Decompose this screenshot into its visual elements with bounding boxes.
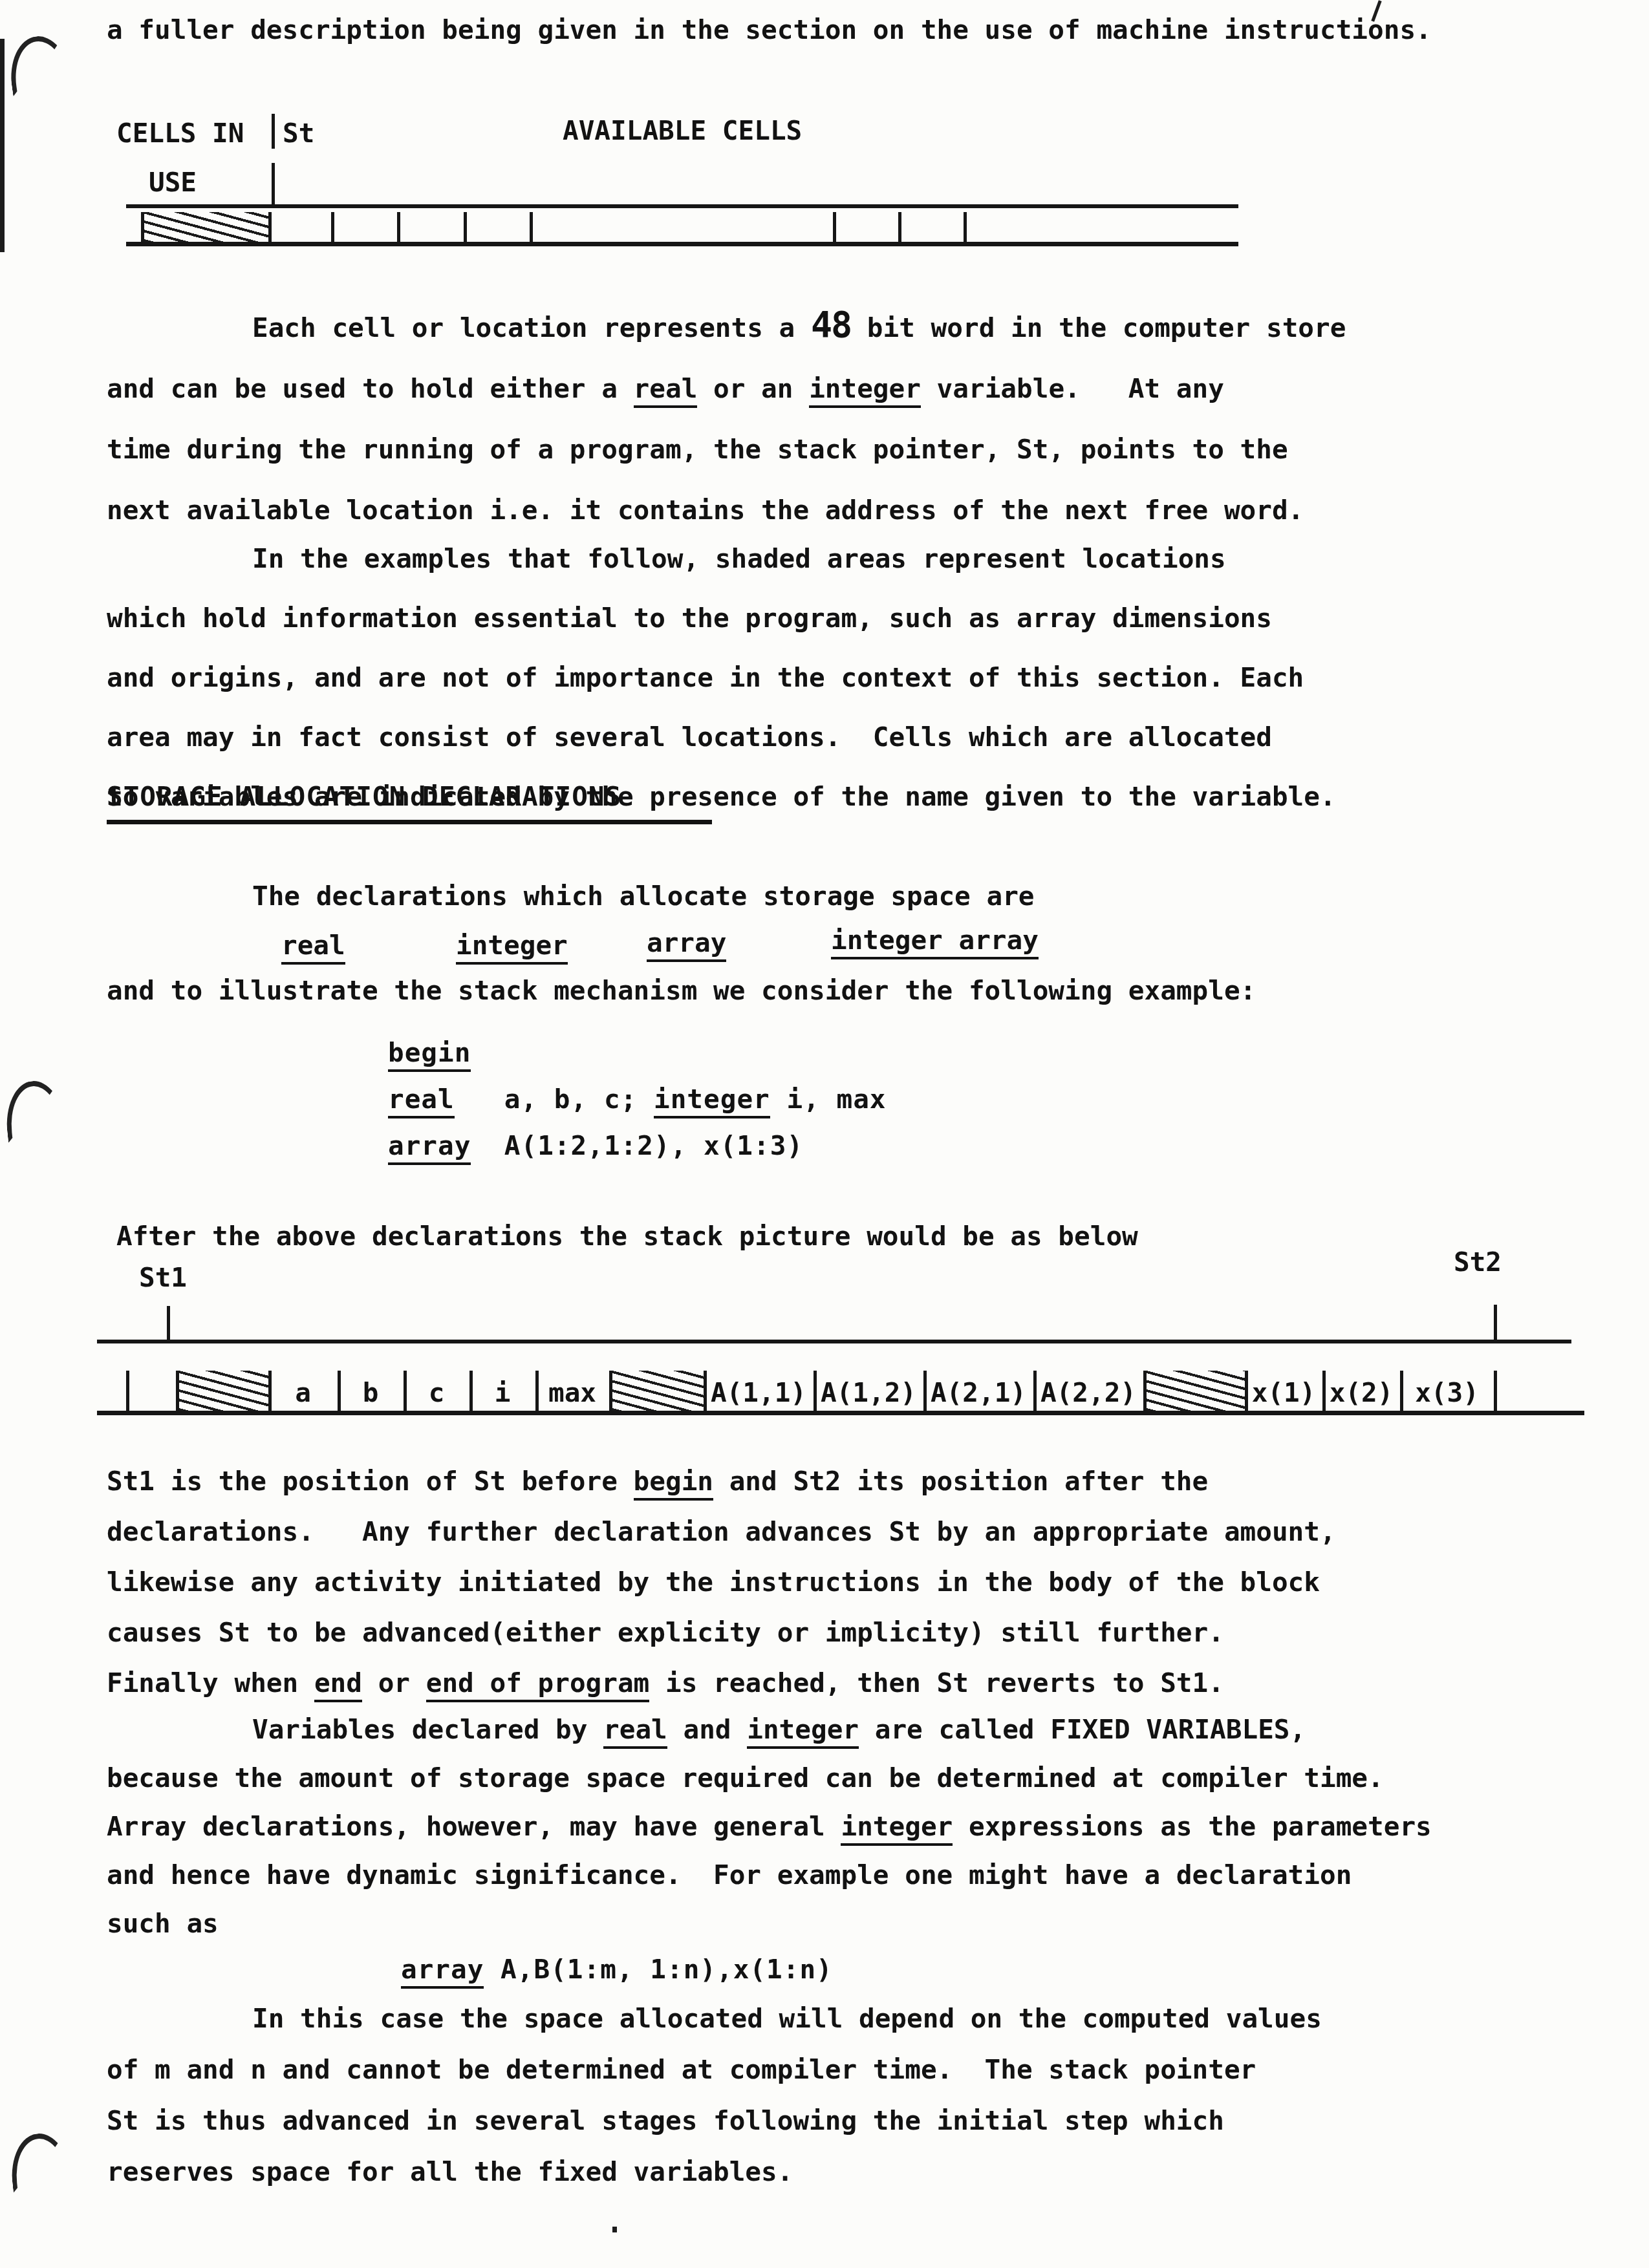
label-use: USE bbox=[149, 167, 197, 198]
cell-label: b bbox=[341, 1377, 400, 1408]
text-line: begin bbox=[388, 1029, 887, 1076]
scanned-document-page: a fuller description being given in the … bbox=[0, 0, 1649, 2268]
underlined-keyword: end bbox=[314, 1667, 362, 1702]
intro-line: a fuller description being given in the … bbox=[107, 14, 1432, 45]
text-segment: next available location i.e. it contains… bbox=[107, 495, 1304, 526]
text-line: which hold information essential to the … bbox=[107, 588, 1336, 648]
keyword-real: real bbox=[281, 930, 345, 965]
scan-arc-mark bbox=[8, 2130, 73, 2192]
text-line: real a, b, c; integer i, max bbox=[388, 1076, 887, 1122]
text-segment: which hold information essential to the … bbox=[107, 603, 1272, 634]
text-line: array A,B(1:m, 1:n),x(1:n) bbox=[401, 1946, 833, 1993]
declarations-follow: and to illustrate the stack mechanism we… bbox=[107, 975, 1256, 1006]
text-line: reserves space for all the fixed variabl… bbox=[107, 2146, 1322, 2198]
text-line: declarations. Any further declaration ad… bbox=[107, 1506, 1336, 1557]
text-segment: Each cell or location represents a bbox=[252, 312, 811, 343]
text-segment: causes St to be advanced(either explicit… bbox=[107, 1617, 1224, 1648]
keyword-integer-array: integer array bbox=[831, 925, 1039, 959]
text-segment: In the examples that follow, shaded area… bbox=[252, 543, 1226, 574]
text-line: Variables declared by real and integer a… bbox=[107, 1706, 1432, 1754]
cell-boundary-tick bbox=[464, 212, 467, 242]
underlined-keyword: integer bbox=[747, 1714, 859, 1749]
paragraph: Each cell or location represents a 48 bi… bbox=[107, 294, 1346, 540]
underlined-keyword: integer bbox=[654, 1084, 770, 1118]
shaded-cell-area bbox=[1147, 1371, 1245, 1411]
cell-boundary-tick bbox=[397, 212, 400, 242]
scan-arc-mark bbox=[5, 32, 73, 96]
text-segment: A,B(1:m, 1:n),x(1:n) bbox=[484, 1954, 832, 1985]
paragraph: In this case the space allocated will de… bbox=[107, 1993, 1322, 2198]
text-line: such as bbox=[107, 1899, 1432, 1948]
paragraph: St1 is the position of St before begin a… bbox=[107, 1456, 1336, 1708]
cell-label: x(1) bbox=[1248, 1377, 1319, 1408]
st-pointer-tick bbox=[272, 163, 275, 204]
text-segment: Finally when bbox=[107, 1667, 314, 1698]
text-segment: likewise any activity initiated by the i… bbox=[107, 1567, 1320, 1598]
label-cells-in: CELLS IN bbox=[116, 118, 244, 149]
declarations-intro: The declarations which allocate storage … bbox=[252, 881, 1035, 912]
label-st2: St2 bbox=[1454, 1246, 1502, 1278]
text-segment: and hence have dynamic significance. For… bbox=[107, 1859, 1352, 1890]
underlined-keyword: begin bbox=[634, 1466, 713, 1501]
cell-boundary-tick bbox=[331, 212, 334, 242]
cell-label: x(2) bbox=[1326, 1377, 1397, 1408]
cell-label: A(2,2) bbox=[1037, 1377, 1140, 1408]
underlined-keyword: integer bbox=[809, 373, 921, 408]
underlined-keyword: real bbox=[634, 373, 698, 408]
scan-dot-mark bbox=[612, 2227, 617, 2232]
keyword-array: array bbox=[647, 927, 726, 962]
underlined-keyword: real bbox=[603, 1714, 667, 1749]
text-segment: and St2 its position after the bbox=[713, 1466, 1208, 1497]
diagram-rule-bottom bbox=[126, 242, 1238, 246]
stack-rule-bottom bbox=[97, 1411, 1584, 1415]
text-line: St is thus advanced in several stages fo… bbox=[107, 2095, 1322, 2146]
stack-cell-row: abcimaxA(1,1)A(1,2)A(2,1)A(2,2)x(1)x(2)x… bbox=[0, 1371, 1649, 1411]
text-segment: reserves space for all the fixed variabl… bbox=[107, 2156, 793, 2187]
code-example: beginreal a, b, c; integer i, maxarray A… bbox=[388, 1029, 887, 1169]
st-pointer-tick bbox=[272, 114, 275, 149]
text-segment: declarations. Any further declaration ad… bbox=[107, 1516, 1336, 1547]
text-segment: is reached, then St reverts to St1. bbox=[649, 1667, 1224, 1698]
cell-label: x(3) bbox=[1403, 1377, 1491, 1408]
cell-boundary-tick bbox=[964, 212, 967, 242]
underlined-keyword: begin bbox=[388, 1037, 471, 1072]
cell-label: a bbox=[272, 1377, 334, 1408]
text-line: Array declarations, however, may have ge… bbox=[107, 1803, 1432, 1851]
text-line: array A(1:2,1:2), x(1:3) bbox=[388, 1122, 887, 1169]
cell-boundary-tick bbox=[898, 212, 901, 242]
text-segment: because the amount of storage space requ… bbox=[107, 1762, 1384, 1793]
text-segment: St1 is the position of St before bbox=[107, 1466, 634, 1497]
text-segment: A(1:2,1:2), x(1:3) bbox=[471, 1130, 803, 1161]
text-line: and can be used to hold either a real or… bbox=[107, 358, 1346, 419]
label-st1: St1 bbox=[139, 1262, 187, 1293]
text-line: because the amount of storage space requ… bbox=[107, 1754, 1432, 1803]
text-segment: such as bbox=[107, 1908, 219, 1939]
text-segment: 48 bbox=[811, 304, 851, 345]
text-segment: or an bbox=[697, 373, 809, 404]
underlined-keyword: real bbox=[388, 1084, 455, 1118]
cell-boundary-tick bbox=[1494, 1371, 1497, 1411]
text-line: likewise any activity initiated by the i… bbox=[107, 1557, 1336, 1607]
shaded-cell-area bbox=[612, 1371, 704, 1411]
label-available-cells: AVAILABLE CELLS bbox=[563, 115, 802, 146]
after-declarations-line: After the above declarations the stack p… bbox=[116, 1221, 1138, 1252]
text-segment: Variables declared by bbox=[252, 1714, 603, 1745]
cell-label: max bbox=[539, 1377, 606, 1408]
text-segment: i, max bbox=[770, 1084, 887, 1115]
text-segment: time during the running of a program, th… bbox=[107, 434, 1288, 465]
text-line: time during the running of a program, th… bbox=[107, 419, 1346, 480]
underlined-keyword: integer bbox=[841, 1811, 953, 1846]
st2-pointer-tick bbox=[1494, 1305, 1497, 1340]
cell-boundary-tick bbox=[530, 212, 533, 242]
section-heading: STORAGE ALLOCATION DECLARATIONS bbox=[107, 781, 712, 824]
text-line: and origins, and are not of importance i… bbox=[107, 648, 1336, 707]
section-heading-wrap: STORAGE ALLOCATION DECLARATIONS bbox=[107, 781, 712, 812]
scan-arc-mark bbox=[2, 1078, 67, 1142]
stack-rule-top bbox=[97, 1340, 1571, 1343]
shaded-cell-area bbox=[179, 1371, 268, 1411]
text-segment: St is thus advanced in several stages fo… bbox=[107, 2105, 1224, 2136]
cell-boundary-tick bbox=[126, 1371, 129, 1411]
text-line: In the examples that follow, shaded area… bbox=[107, 529, 1336, 588]
text-segment: In this case the space allocated will de… bbox=[252, 2003, 1322, 2034]
text-segment: bit word in the computer store bbox=[851, 312, 1346, 343]
text-line: Finally when end or end of program is re… bbox=[107, 1658, 1336, 1708]
text-segment: and can be used to hold either a bbox=[107, 373, 634, 404]
st1-pointer-tick bbox=[167, 1306, 170, 1340]
text-segment: are called FIXED VARIABLES, bbox=[859, 1714, 1306, 1745]
text-segment: of m and n and cannot be determined at c… bbox=[107, 2054, 1256, 2085]
text-segment: or bbox=[362, 1667, 426, 1698]
cell-label: A(2,1) bbox=[927, 1377, 1030, 1408]
text-segment: area may in fact consist of several loca… bbox=[107, 722, 1272, 753]
cell-boundary-tick bbox=[833, 212, 836, 242]
top-diagram-cell-row bbox=[0, 212, 1649, 242]
underlined-keyword: array bbox=[388, 1130, 471, 1165]
text-line: and hence have dynamic significance. For… bbox=[107, 1851, 1432, 1899]
text-segment: and bbox=[667, 1714, 747, 1745]
label-st: St bbox=[283, 118, 314, 149]
keyword-integer: integer bbox=[456, 930, 568, 965]
diagram-rule-top bbox=[126, 204, 1238, 208]
text-line: area may in fact consist of several loca… bbox=[107, 707, 1336, 767]
underlined-keyword: end of program bbox=[426, 1667, 650, 1702]
text-segment: a, b, c; bbox=[455, 1084, 654, 1115]
text-line: of m and n and cannot be determined at c… bbox=[107, 2044, 1322, 2095]
text-segment: and origins, and are not of importance i… bbox=[107, 662, 1304, 693]
text-line: Each cell or location represents a 48 bi… bbox=[107, 294, 1346, 358]
text-segment: expressions as the parameters bbox=[953, 1811, 1432, 1842]
text-segment: variable. At any bbox=[921, 373, 1224, 404]
text-line: causes St to be advanced(either explicit… bbox=[107, 1607, 1336, 1658]
cell-label: i bbox=[473, 1377, 532, 1408]
cell-boundary-tick bbox=[268, 212, 272, 242]
text-line: St1 is the position of St before begin a… bbox=[107, 1456, 1336, 1506]
cell-label: A(1,2) bbox=[817, 1377, 920, 1408]
text-segment: Array declarations, however, may have ge… bbox=[107, 1811, 841, 1842]
shaded-cell-area bbox=[144, 212, 268, 242]
underlined-keyword: array bbox=[401, 1954, 484, 1989]
paragraph: Variables declared by real and integer a… bbox=[107, 1706, 1432, 1948]
array-declaration: array A,B(1:m, 1:n),x(1:n) bbox=[401, 1946, 833, 1993]
text-line: In this case the space allocated will de… bbox=[107, 1993, 1322, 2044]
cell-label: A(1,1) bbox=[707, 1377, 810, 1408]
cell-label: c bbox=[407, 1377, 466, 1408]
